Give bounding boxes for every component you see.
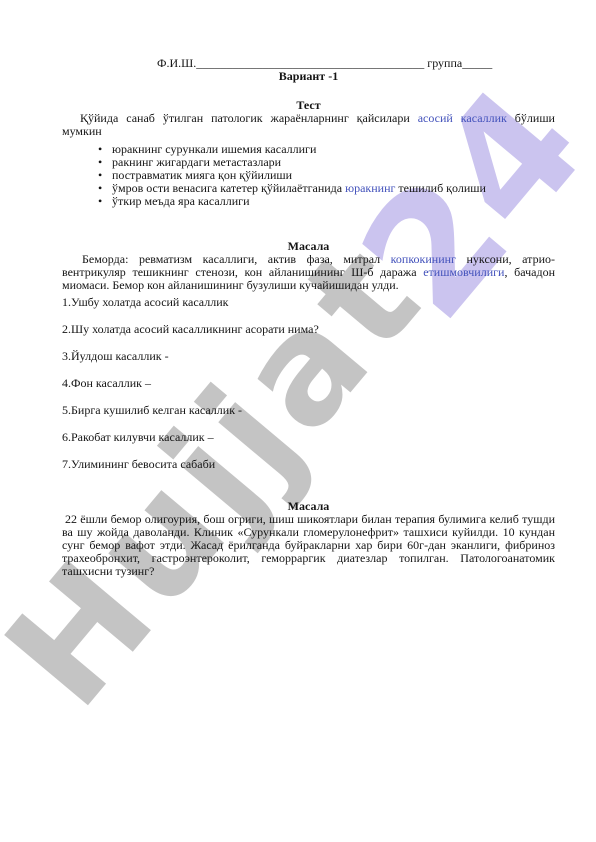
document-content: Ф.И.Ш.__________________________________… (0, 0, 596, 578)
question-5: 5.Бирга кушилиб келган касаллик - (62, 404, 555, 417)
problem1-link-etishmovchiligi[interactable]: етишмовчилиги (423, 265, 504, 279)
problem1-text-1: Беморда: ревматизм касаллиги, актив фаза… (82, 252, 391, 266)
group-blank-line: _____ (462, 56, 492, 70)
fio-blank-line: ______________________________________ (196, 56, 424, 70)
test-intro-paragraph: Қўйида санаб ўтилган патологик жараёнлар… (62, 112, 555, 138)
problem2-paragraph: 22 ёшли бемор олигоурия, бош огриги, шиш… (62, 513, 555, 578)
bullet-text: ўткир меъда яра касаллиги (112, 194, 250, 208)
document-page: Hujjat 24 Ф.И.Ш.________________________… (0, 0, 596, 842)
bullet-text-post: тешилиб қолиши (395, 181, 486, 195)
fio-label: Ф.И.Ш. (157, 56, 196, 70)
intro-text-pre: Қўйида санаб ўтилган патологик жараёнлар… (80, 111, 418, 125)
question-7: 7.Улимининг бевосита сабаби (62, 458, 555, 471)
question-6: 6.Ракобат килувчи касаллик – (62, 431, 555, 444)
bullet-link-yurakning[interactable]: юракнинг (345, 181, 395, 195)
intro-link-asosiy-kasallik[interactable]: асосий касаллик (418, 111, 507, 125)
group-label: группа (427, 56, 462, 70)
bullet-text: ракнинг жигардаги метастазлари (112, 155, 281, 169)
bullet-text: ўмров ости венасига катетер қўйилаётгани… (112, 181, 345, 195)
problem1-link-kopkokining[interactable]: копкокининг (391, 252, 456, 266)
bullet-text: юракнинг сурункали ишемия касаллиги (112, 142, 316, 156)
bullet-text: постравматик мияга қон қўйилиши (112, 168, 292, 182)
problem1-questions: 1.Ушбу холатда асосий касаллик 2.Шу хола… (62, 296, 555, 471)
problem1-paragraph: Беморда: ревматизм касаллиги, актив фаза… (62, 253, 555, 292)
question-1: 1.Ушбу холатда асосий касаллик (62, 296, 555, 309)
pathology-bullet-list: юракнинг сурункали ишемия касаллиги ракн… (62, 143, 555, 208)
list-item: ўткир меъда яра касаллиги (62, 195, 555, 208)
question-2: 2.Шу холатда асосий касалликнинг асорати… (62, 323, 555, 336)
variant-title: Вариант -1 (62, 70, 555, 83)
question-3: 3.Йулдош касаллик - (62, 350, 555, 363)
question-4: 4.Фон касаллик – (62, 377, 555, 390)
